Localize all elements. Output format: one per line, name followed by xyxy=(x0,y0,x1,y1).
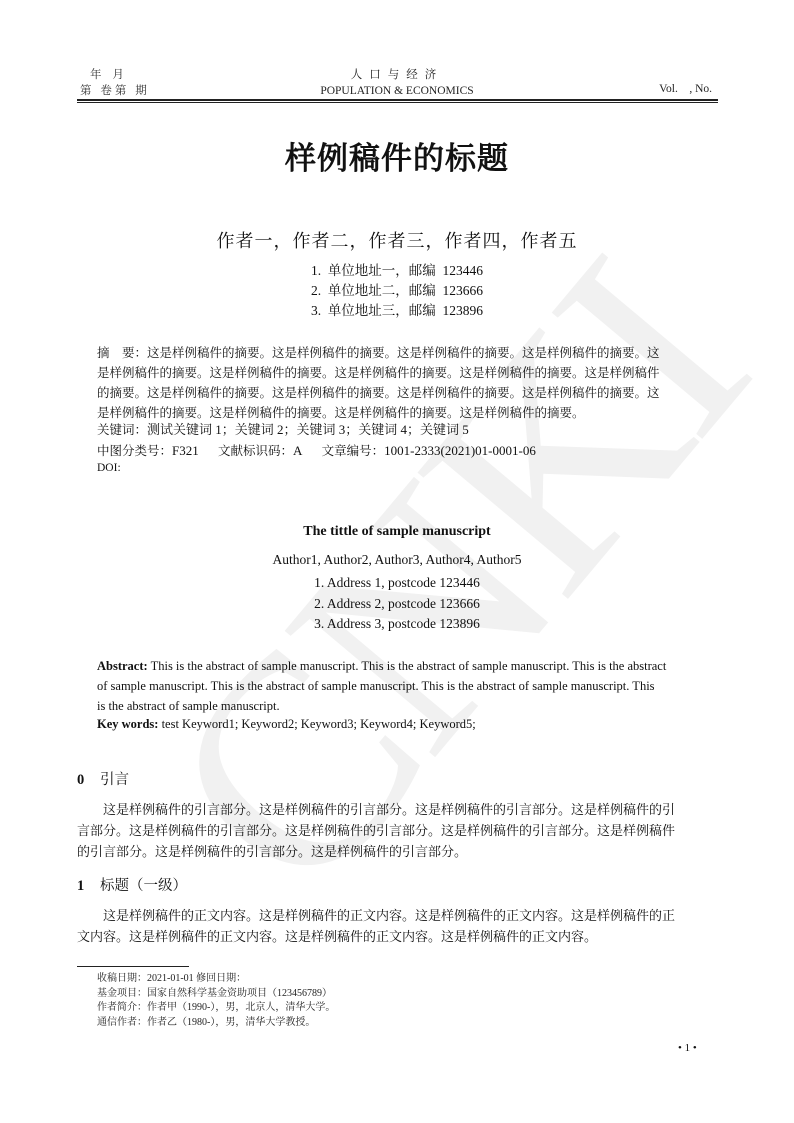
authors-en: Author1, Author2, Author3, Author4, Auth… xyxy=(0,552,794,568)
keywords-en: Key words: test Keyword1; Keyword2; Keyw… xyxy=(97,717,476,732)
section-number: 0 xyxy=(77,772,100,789)
footnotes: 收稿日期：2021-01-01 修回日期： 基金项目：国家自然科学基金资助项目（… xyxy=(97,972,335,1030)
abstract-cn-line: 的摘要。这是样例稿件的摘要。这是样例稿件的摘要。这是样例稿件的摘要。这是样例稿件… xyxy=(97,383,697,403)
section-heading-level1: 1标题（一级） xyxy=(77,874,187,895)
footnote-rule xyxy=(77,966,189,967)
doi: DOI: xyxy=(97,462,121,474)
paper-page: CNKI 年 月 第 卷第 期 人口与经济 POPULATION & ECONO… xyxy=(0,0,794,1123)
section-number: 1 xyxy=(77,878,100,895)
section-title: 引言 xyxy=(100,772,129,788)
affiliations-cn: 1. 单位地址一，邮编 123446 2. 单位地址二，邮编 123666 3.… xyxy=(0,261,794,321)
abstract-en-label: Abstract: xyxy=(97,659,148,673)
abstract-cn-line: 是样例稿件的摘要。这是样例稿件的摘要。这是样例稿件的摘要。这是样例稿件的摘要。这… xyxy=(97,363,697,383)
paragraph-line: 文内容。这是样例稿件的正文内容。这是样例稿件的正文内容。这是样例稿件的正文内容。 xyxy=(77,926,718,947)
abstract-cn-line: 这是样例稿件的摘要。这是样例稿件的摘要。这是样例稿件的摘要。这是样例稿件的摘要。… xyxy=(147,346,660,360)
keywords-en-value: test Keyword1; Keyword2; Keyword3; Keywo… xyxy=(158,717,475,731)
paragraph-line: 这是样例稿件的正文内容。这是样例稿件的正文内容。这是样例稿件的正文内容。这是样例… xyxy=(77,905,718,926)
keywords-en-label: Key words: xyxy=(97,717,158,731)
clc-value: F321 xyxy=(172,443,199,458)
affiliation-cn: 1. 单位地址一，邮编 123446 xyxy=(0,261,794,281)
paper-title-en: The tittle of sample manuscript xyxy=(0,524,794,540)
keywords-cn: 关键词：测试关键词 1；关键词 2；关键词 3；关键词 4；关键词 5 xyxy=(97,419,536,440)
keywords-cn-label: 关键词： xyxy=(97,422,147,437)
footnote-funding: 基金项目：国家自然科学基金资助项目（123456789） xyxy=(97,987,335,1002)
header-double-rule xyxy=(77,99,718,104)
abstract-en: Abstract: This is the abstract of sample… xyxy=(97,656,697,716)
paragraph-line: 这是样例稿件的引言部分。这是样例稿件的引言部分。这是样例稿件的引言部分。这是样例… xyxy=(77,799,718,820)
keywords-cn-value: 测试关键词 1；关键词 2；关键词 3；关键词 4；关键词 5 xyxy=(147,422,469,437)
article-no-value: 1001-2333(2021)01-0001-06 xyxy=(384,443,536,458)
affiliations-en: 1. Address 1, postcode 123446 2. Address… xyxy=(0,573,794,635)
article-no-label: 文章编号： xyxy=(322,443,385,458)
paragraph-line: 言部分。这是样例稿件的引言部分。这是样例稿件的引言部分。这是样例稿件的引言部分。… xyxy=(77,820,718,841)
body-paragraph: 这是样例稿件的正文内容。这是样例稿件的正文内容。这是样例稿件的正文内容。这是样例… xyxy=(77,905,718,947)
footnote-author-bio: 作者简介：作者甲（1990-），男，北京人，清华大学。 xyxy=(97,1001,335,1016)
affiliation-en: 1. Address 1, postcode 123446 xyxy=(0,573,794,594)
abstract-en-line: of sample manuscript. This is the abstra… xyxy=(97,676,697,696)
abstract-en-line: is the abstract of sample manuscript. xyxy=(97,696,697,716)
doc-code-label: 文献标识码： xyxy=(218,443,293,458)
affiliation-en: 2. Address 2, postcode 123666 xyxy=(0,594,794,615)
classification-line: 中图分类号：F321 文献标识码：A 文章编号：1001-2333(2021)0… xyxy=(97,440,536,461)
affiliation-cn: 3. 单位地址三，邮编 123896 xyxy=(0,301,794,321)
clc-label: 中图分类号： xyxy=(97,443,172,458)
metadata-cn: 关键词：测试关键词 1；关键词 2；关键词 3；关键词 4；关键词 5 中图分类… xyxy=(97,419,536,461)
paragraph-line: 的引言部分。这是样例稿件的引言部分。这是样例稿件的引言部分。 xyxy=(77,841,718,862)
introduction-paragraph: 这是样例稿件的引言部分。这是样例稿件的引言部分。这是样例稿件的引言部分。这是样例… xyxy=(77,799,718,862)
abstract-en-line: This is the abstract of sample manuscrip… xyxy=(148,659,667,673)
paper-title-cn: 样例稿件的标题 xyxy=(0,133,794,178)
section-title: 标题（一级） xyxy=(100,878,187,894)
header-vol-no: Vol. , No. xyxy=(659,83,712,95)
doc-code-value: A xyxy=(293,443,302,458)
page-number: • 1 • xyxy=(678,1042,697,1054)
footnote-received-date: 收稿日期：2021-01-01 修回日期： xyxy=(97,972,335,987)
authors-cn: 作者一，作者二，作者三，作者四，作者五 xyxy=(0,227,794,253)
section-heading-introduction: 0引言 xyxy=(77,768,129,789)
journal-name-cn: 人口与经济 xyxy=(0,67,794,83)
affiliation-en: 3. Address 3, postcode 123896 xyxy=(0,614,794,635)
abstract-cn: 摘 要：这是样例稿件的摘要。这是样例稿件的摘要。这是样例稿件的摘要。这是样例稿件… xyxy=(97,343,697,423)
abstract-cn-label: 摘 要： xyxy=(97,345,147,360)
affiliation-cn: 2. 单位地址二，邮编 123666 xyxy=(0,281,794,301)
doi-label: DOI: xyxy=(97,462,121,474)
footnote-corresponding-author: 通信作者：作者乙（1980-），男，清华大学教授。 xyxy=(97,1016,335,1031)
